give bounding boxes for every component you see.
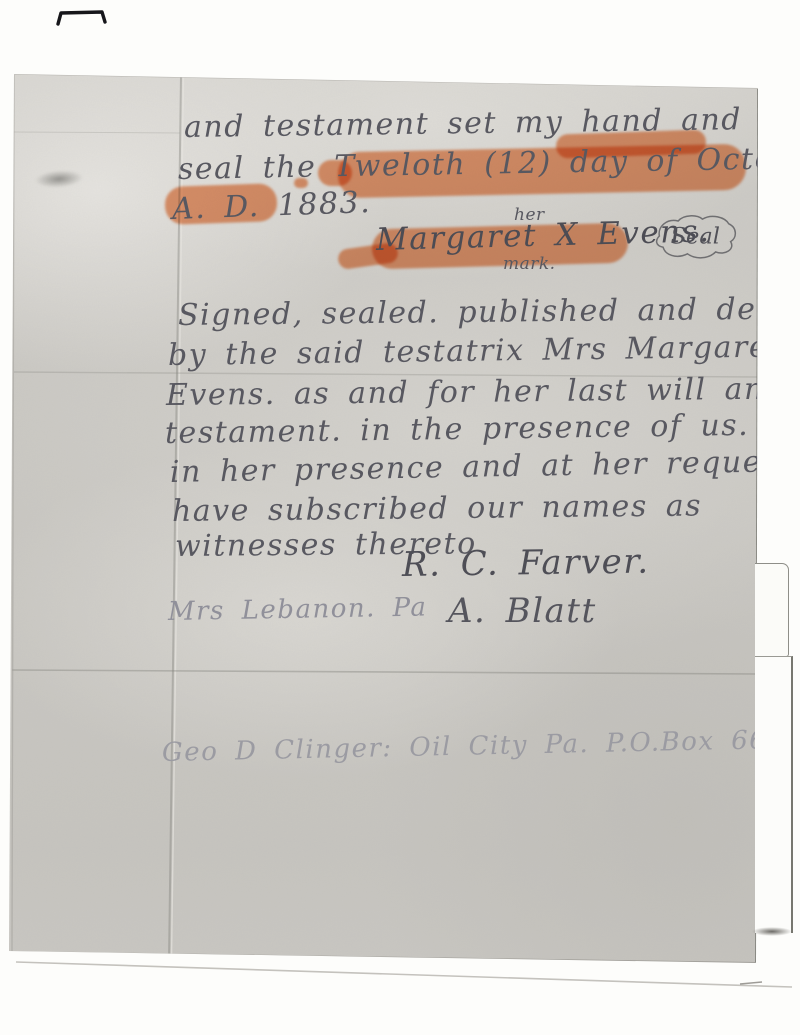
under-sheet-edge-line (16, 962, 792, 987)
handwritten-line-3: A. D. 1883. (171, 185, 371, 227)
staple-icon (58, 12, 105, 24)
paper-sheet: and testament set my hand and seal the T… (0, 0, 800, 1035)
ink-smudge (27, 166, 90, 192)
sheet-tab-shadow (752, 927, 792, 936)
mark-annotation: mark. (503, 254, 556, 274)
underlying-sheet-tab-top (755, 563, 789, 657)
seal-outline: Seal (650, 210, 740, 262)
witness2-signature: A. Blatt (448, 591, 597, 631)
seal-drawing: Seal (650, 210, 740, 262)
attestation-line-3: Evens. as and for her last will and (166, 372, 786, 413)
witness1-signature: R. C. Farver. (402, 542, 650, 585)
underlying-sheet-tab-bottom (755, 656, 793, 933)
seal-label: Seal (671, 224, 720, 250)
attestation-line-1: Signed, sealed. published and declared (178, 291, 800, 333)
attestation-line-6: have subscribed our names as (172, 488, 702, 529)
witness-location: Mrs Lebanon. Pa (168, 592, 428, 627)
small-mark (740, 982, 762, 984)
scanned-document-page: and testament set my hand and seal the T… (0, 0, 800, 1035)
